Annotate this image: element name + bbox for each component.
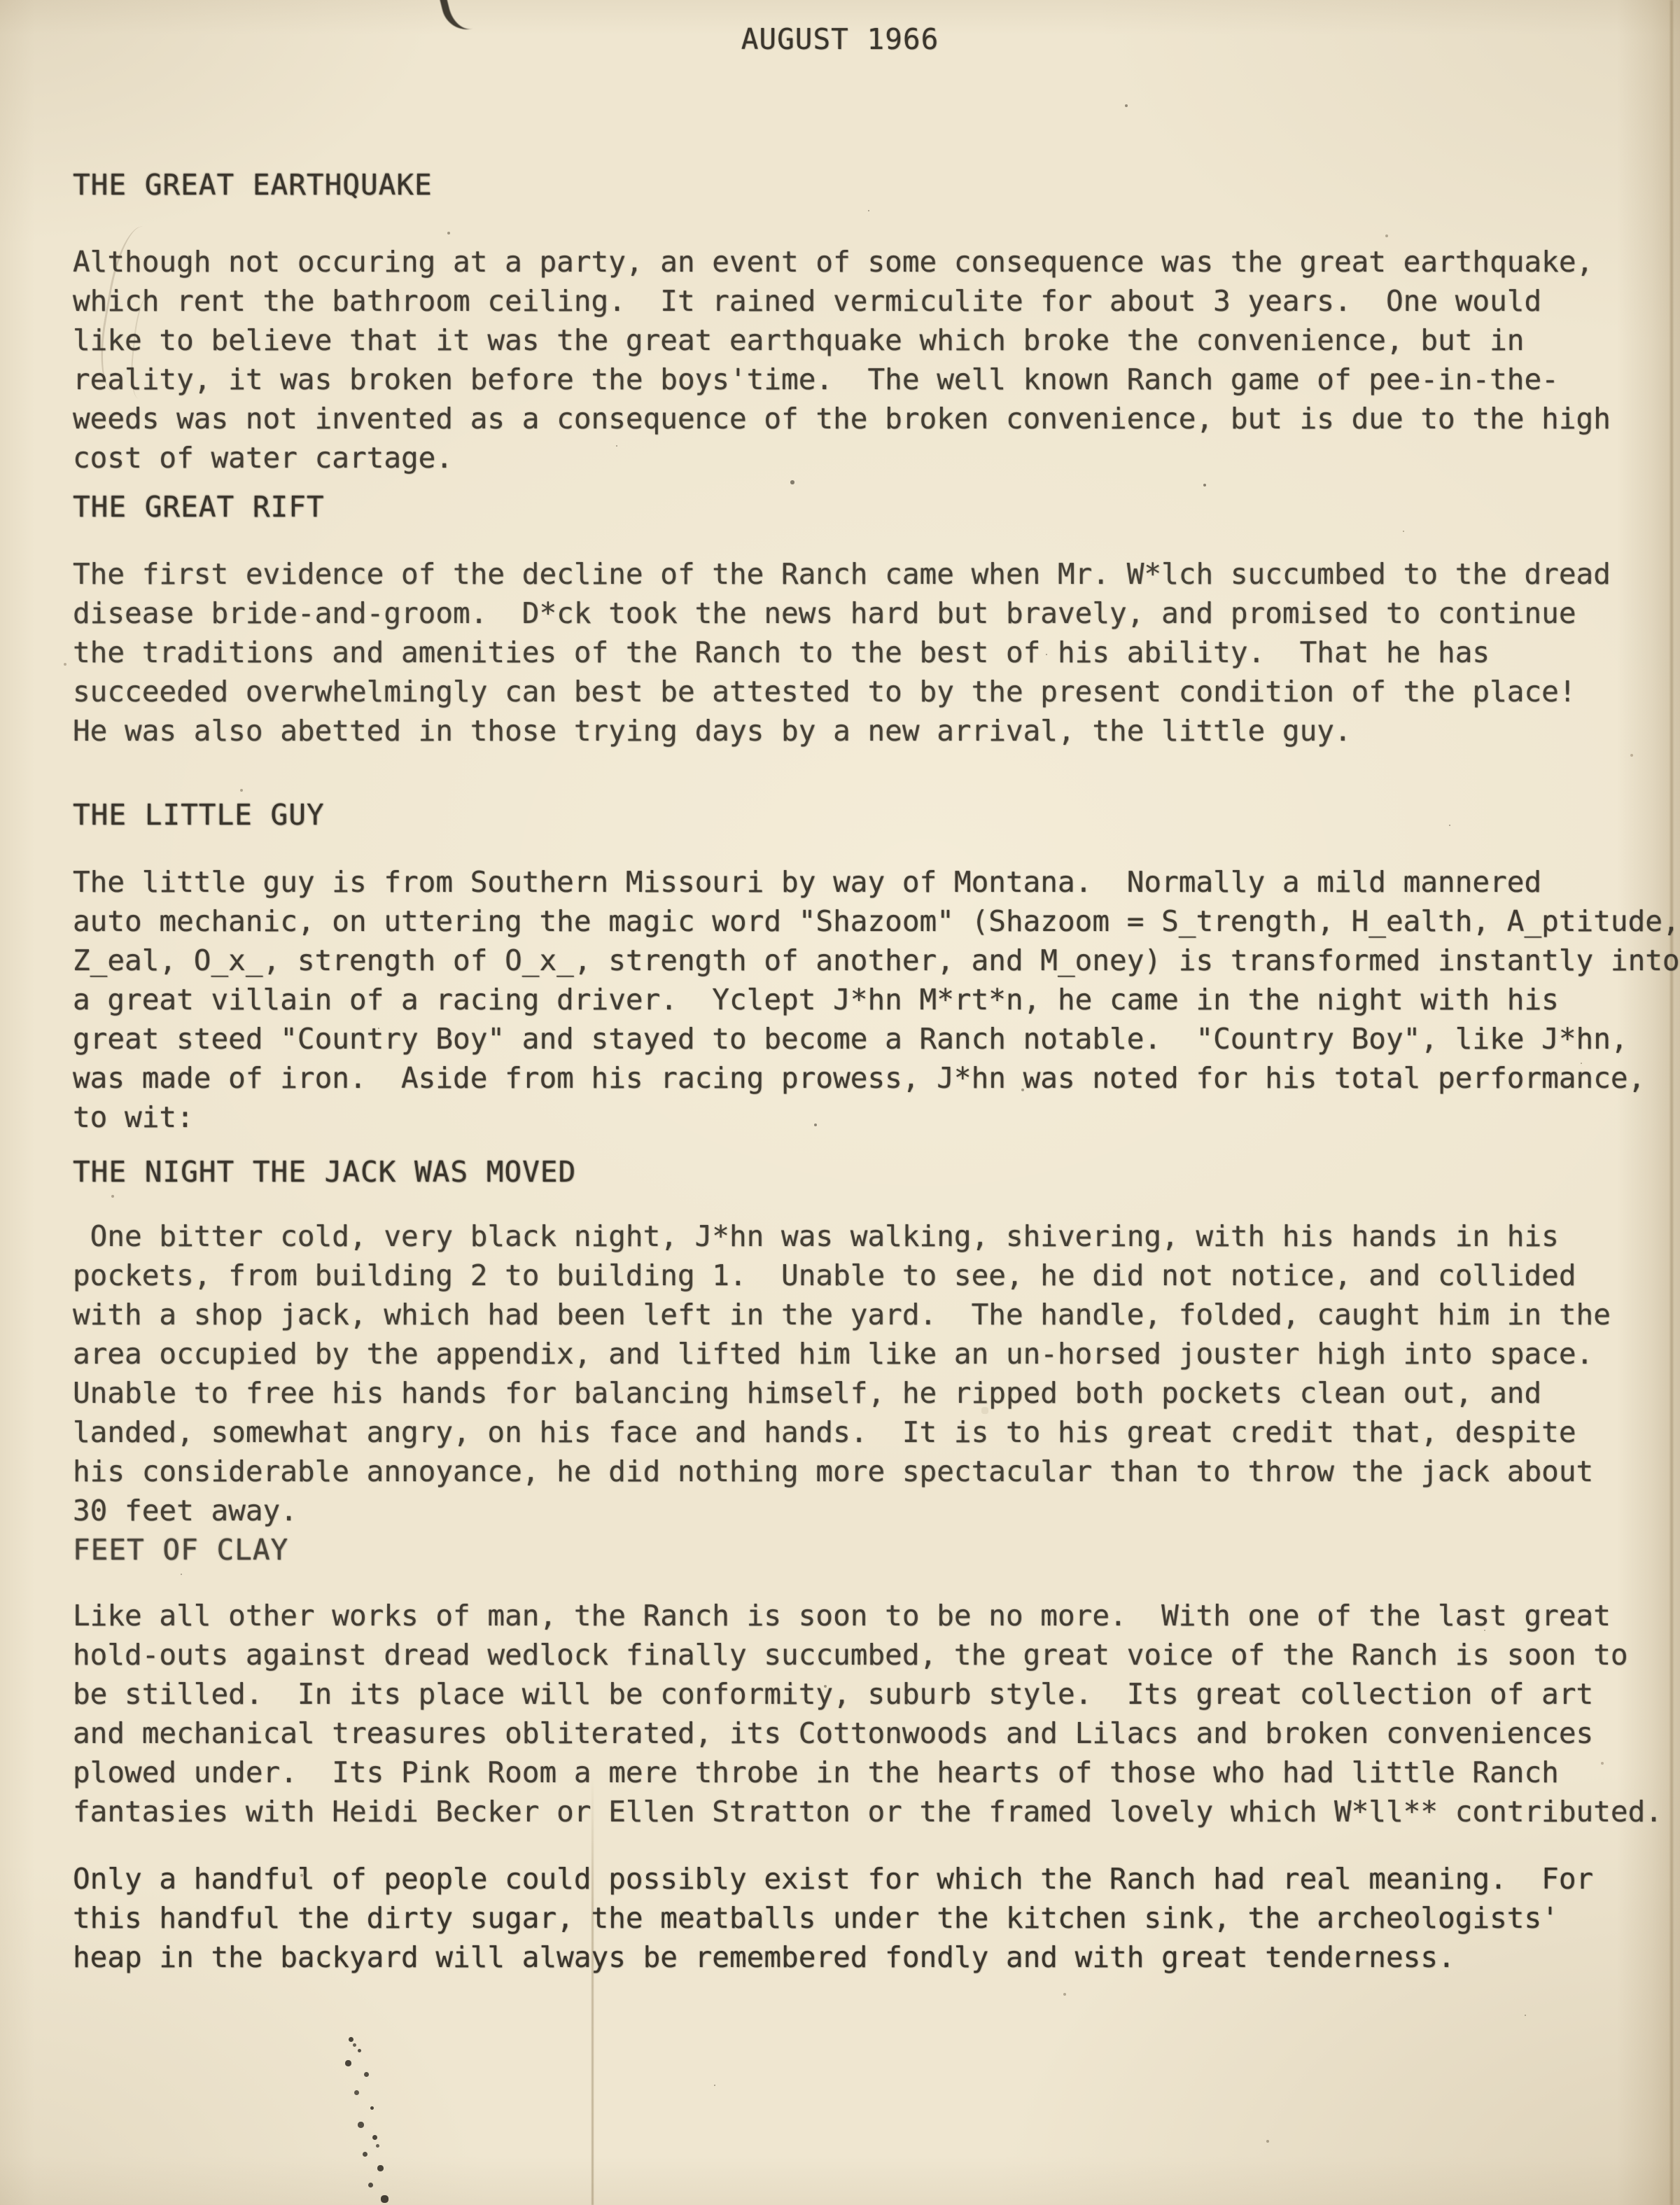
section-heading-the-little-guy: THE LITTLE GUY <box>73 795 1652 834</box>
paragraph: The little guy is from Southern Missouri… <box>73 862 1652 1137</box>
section-heading-the-great-earthquake: THE GREAT EARTHQUAKE <box>73 165 1652 204</box>
paragraph: One bitter cold, very black night, J*hn … <box>73 1217 1652 1530</box>
paragraph: The first evidence of the decline of the… <box>73 554 1652 750</box>
section-heading-the-night-the-jack-was-moved: THE NIGHT THE JACK WAS MOVED <box>73 1152 1652 1191</box>
section-heading-the-great-rift: THE GREAT RIFT <box>73 487 1652 526</box>
page-title: AUGUST 1966 <box>50 20 1630 59</box>
paragraph: Only a handful of people could possibly … <box>73 1859 1652 1977</box>
paragraph: Although not occuring at a party, an eve… <box>73 242 1652 477</box>
scanned-newsletter-page: AUGUST 1966 THE GREAT EARTHQUAKE Althoug… <box>0 0 1680 2205</box>
document-body: AUGUST 1966 THE GREAT EARTHQUAKE Althoug… <box>0 0 1680 1977</box>
paragraph: Like all other works of man, the Ranch i… <box>73 1596 1652 1831</box>
section-heading-feet-of-clay: FEET OF CLAY <box>73 1530 1652 1569</box>
